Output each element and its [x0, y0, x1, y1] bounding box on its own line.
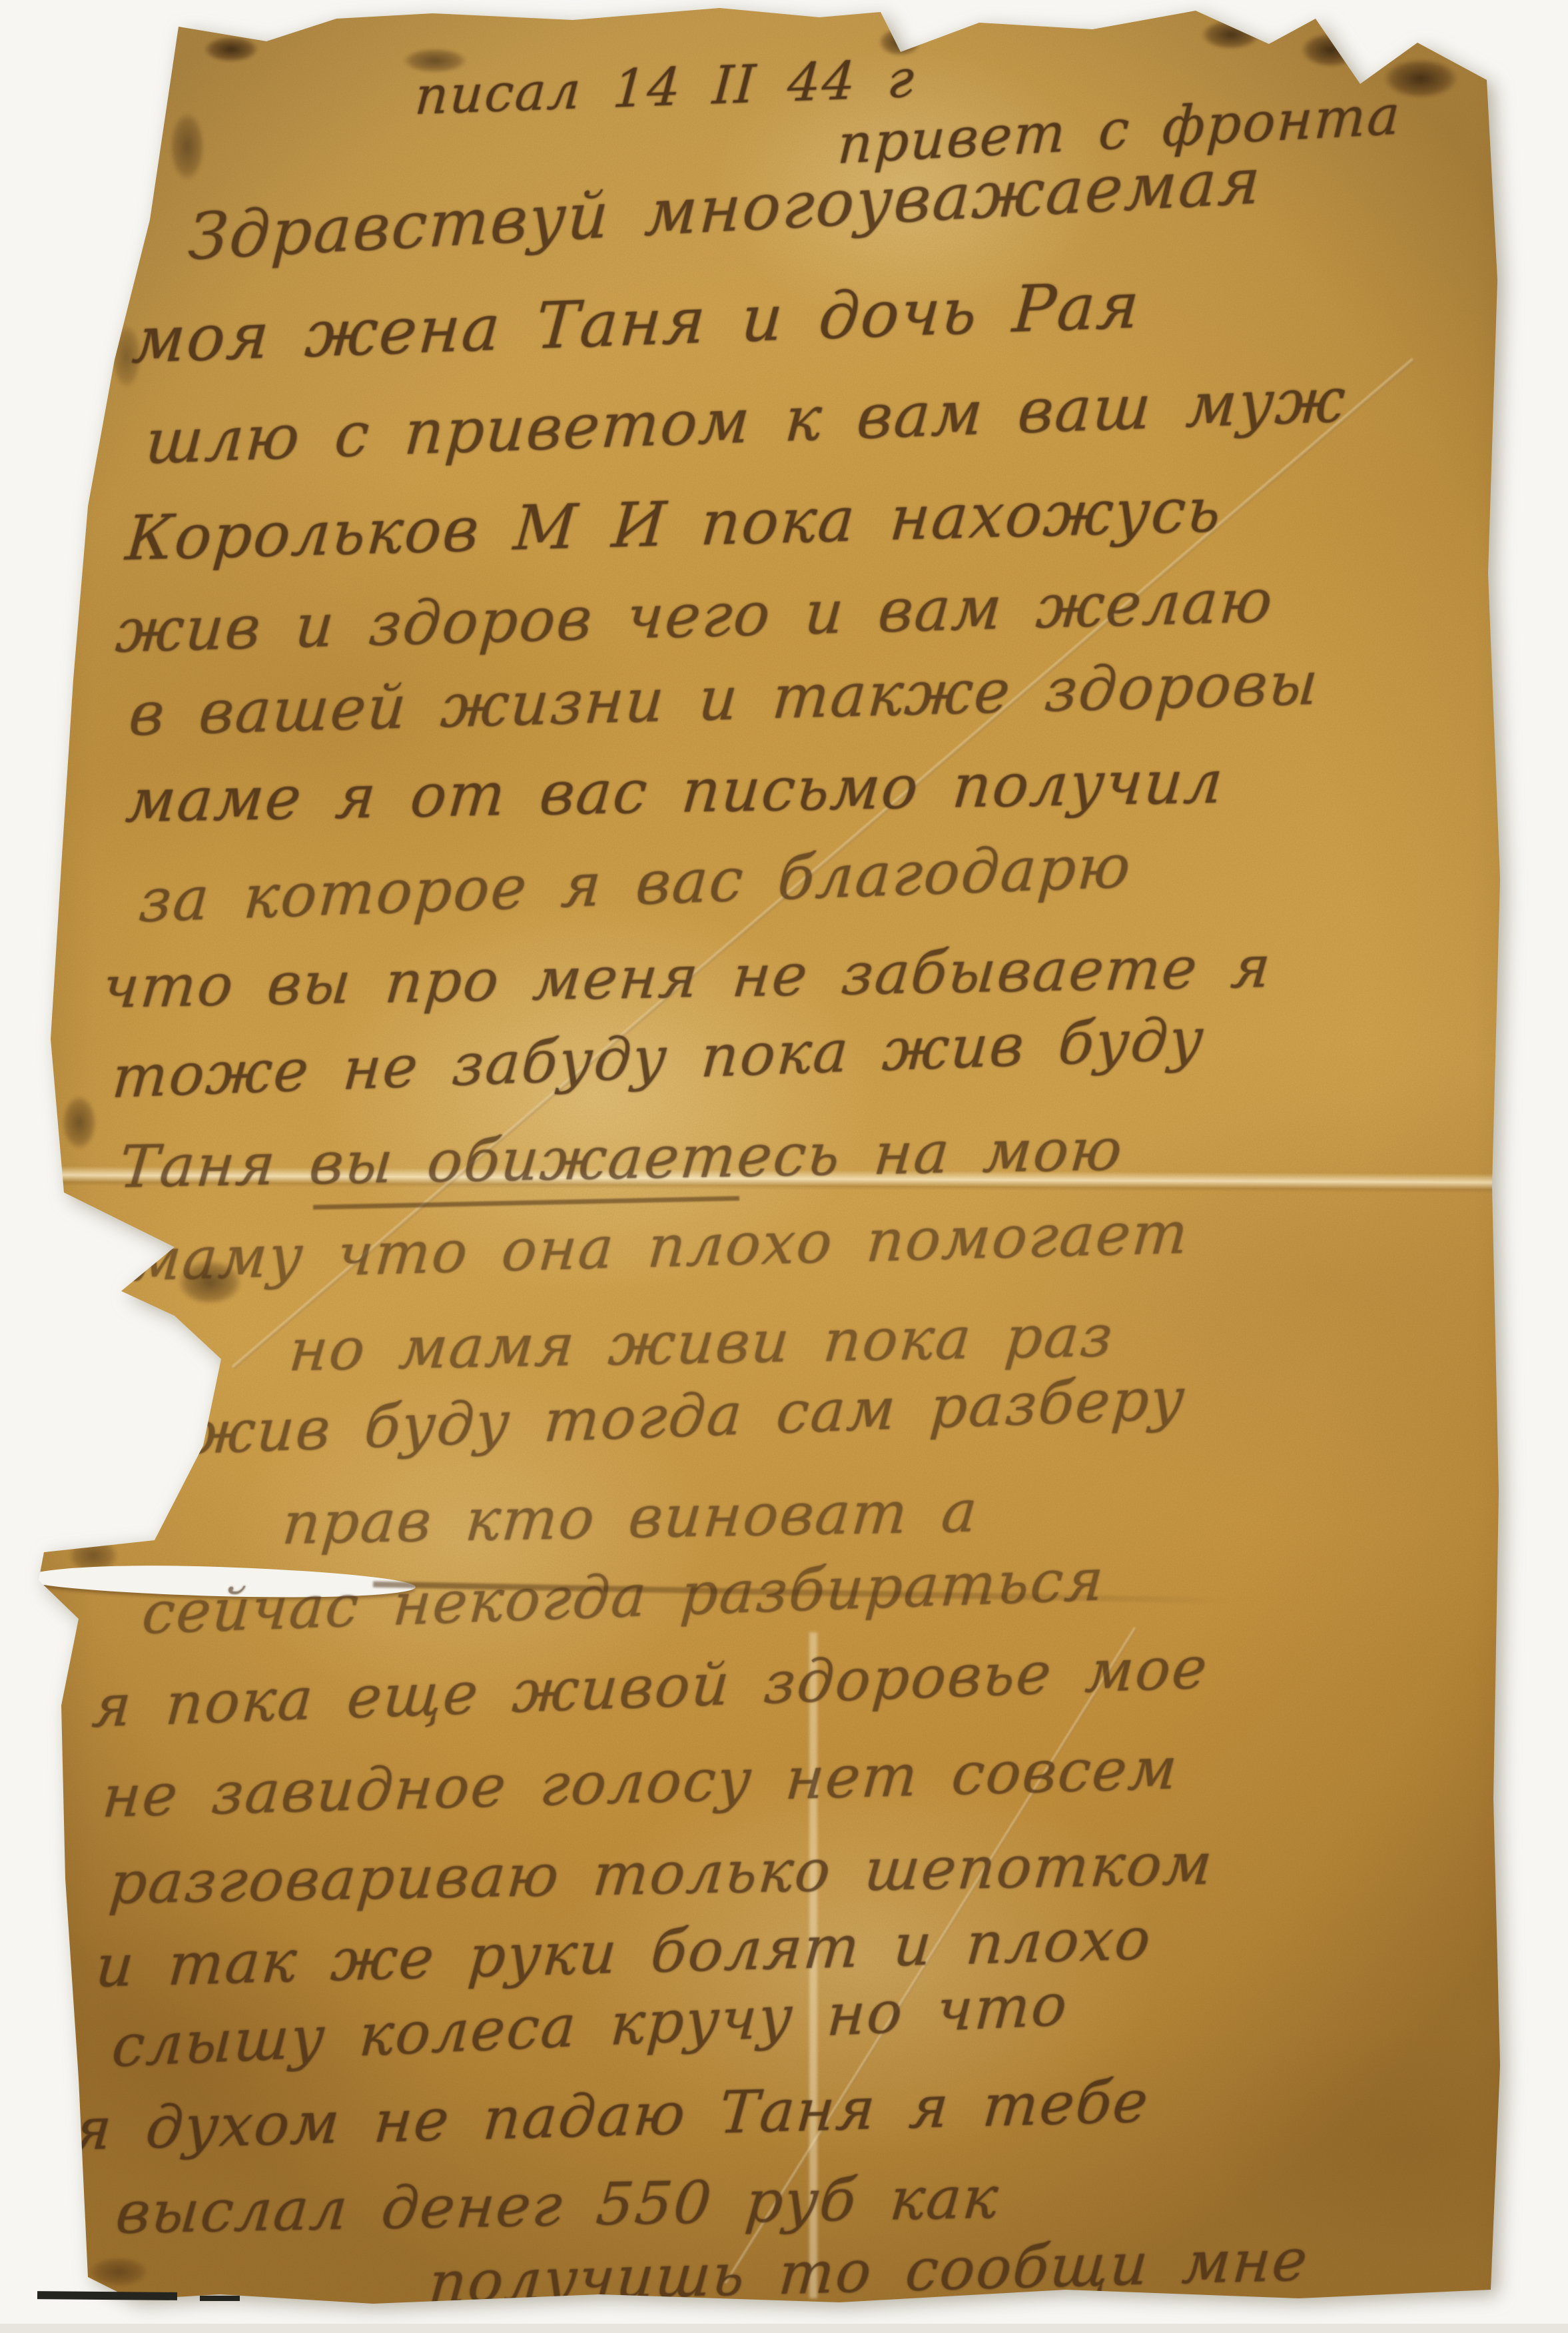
letter-line: за которое я вас благодарю	[137, 831, 1134, 936]
letter-line: разговариваю только шепотком	[107, 1829, 1216, 1917]
letter-line: жив и здоров чего и вам желаю	[113, 566, 1276, 666]
letter-line: я пока еще живой здоровье мое	[90, 1633, 1210, 1741]
letter-line: прав кто виноват а	[280, 1477, 981, 1558]
letter-line: моя жена Таня и дочь Рая	[130, 268, 1143, 378]
letter-paper: писал 14 II 44 гпривет с фронтаЗдравству…	[0, 0, 1568, 2333]
letter-line: тоже не забуду пока жив буду	[110, 1004, 1207, 1111]
letter-line: Здравствуй многоуважаемая	[187, 143, 1264, 274]
letter-text: писал 14 II 44 гпривет с фронтаЗдравству…	[0, 0, 1568, 2333]
letter-line: не завидное голосу нет совсем	[100, 1733, 1181, 1831]
letter-line: Таня вы обижаетесь на мою	[117, 1115, 1126, 1201]
letter-line: выслал денег 550 руб как	[113, 2163, 1002, 2247]
scan-edge-shadow	[0, 2324, 1568, 2333]
scanner-artifact-mark	[200, 2296, 240, 2301]
letter-line: маме я от вас письмо получил	[123, 747, 1227, 836]
letter-line: я духом не падаю Таня я тебе	[70, 2067, 1152, 2164]
letter-line: шлю с приветом к вам ваш муж	[143, 364, 1349, 478]
scanner-background: писал 14 II 44 гпривет с фронтаЗдравству…	[0, 0, 1568, 2333]
paper-sheet: писал 14 II 44 гпривет с фронтаЗдравству…	[0, 0, 1568, 2333]
letter-line: маму что она плохо помогает	[130, 1198, 1192, 1294]
letter-line: в вашей жизни и также здоровы	[127, 648, 1322, 749]
letter-line: сейчас некогда разбираться	[140, 1545, 1107, 1647]
scanner-artifact-mark	[37, 2291, 177, 2300]
letter-line: Корольков М И пока нахожусь	[123, 474, 1224, 574]
